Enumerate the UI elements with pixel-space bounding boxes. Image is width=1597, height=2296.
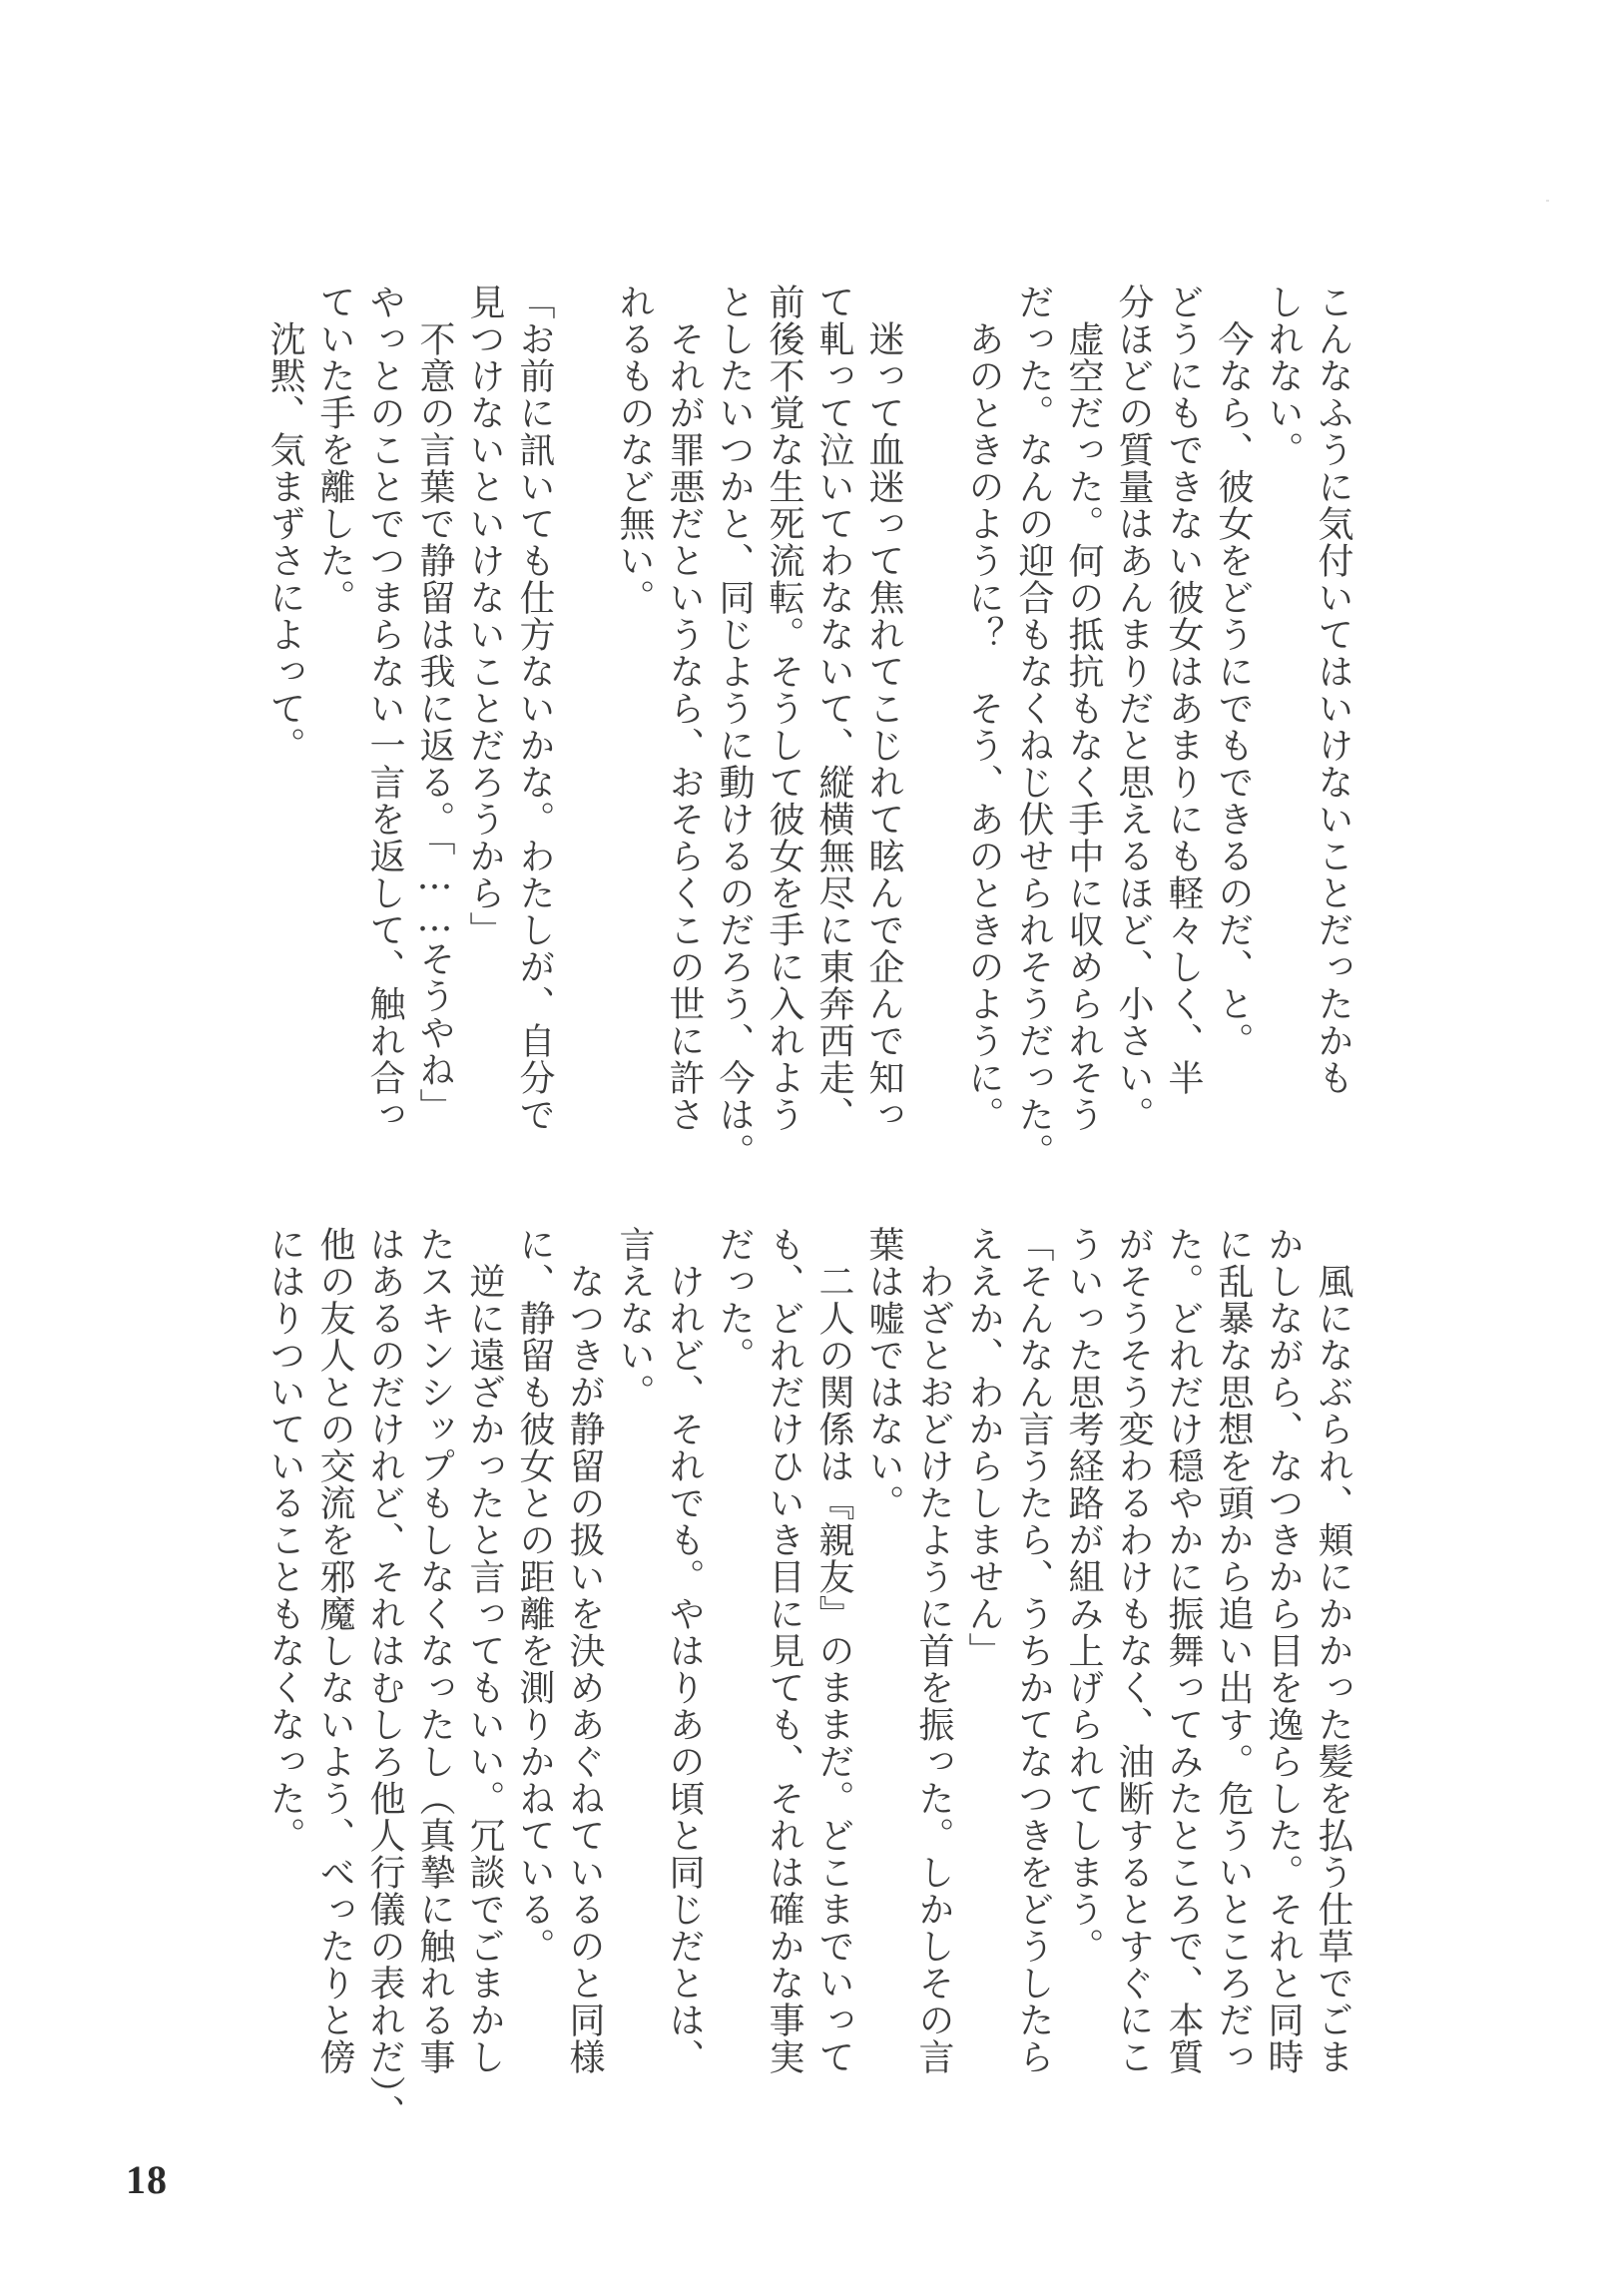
text-line: どうにもできない彼女はあまりにも軽々しく、半 bbox=[1158, 284, 1208, 1118]
text-line: 風になぶられ、頬にかかった髪を払う仕草でごま bbox=[1308, 1226, 1357, 2060]
text-line: けれど、それでも。やはりあの頃と同じだとは、 bbox=[659, 1226, 709, 2060]
text-block-top: こんなふうに気付いてはいけないことだったかも しれない。 今なら、彼女をどうにで… bbox=[260, 284, 1357, 1118]
scan-speck bbox=[1546, 200, 1549, 202]
text-line: わざとおどけたように首を振った。しかしその言 bbox=[908, 1226, 958, 2060]
text-line: 言えない。 bbox=[609, 1226, 659, 2060]
text-line: 今なら、彼女をどうにでもできるのだ、と。 bbox=[1208, 284, 1258, 1118]
text-line: かしながら、なつきから目を逸らした。それと同時 bbox=[1258, 1226, 1308, 2060]
text-line: も、どれだけひいき目に見ても、それは確かな事実 bbox=[759, 1226, 808, 2060]
text-line: なつきが静留の扱いを決めあぐねているのと同様 bbox=[559, 1226, 609, 2060]
text-line: に、静留も彼女との距離を測りかねている。 bbox=[509, 1226, 559, 2060]
text-line: ていた手を離した。 bbox=[309, 284, 359, 1118]
text-line: こんなふうに気付いてはいけないことだったかも bbox=[1308, 284, 1357, 1118]
text-line: はあるのだけれど、それはむしろ他人行儀の表れだ）、 bbox=[359, 1226, 409, 2060]
text-line: だった。 bbox=[709, 1226, 759, 2060]
text-line: ういった思考経路が組み上げられてしまう。 bbox=[1058, 1226, 1108, 2060]
text-line: としたいつかと、同じように動けるのだろう、今は。 bbox=[709, 284, 759, 1118]
text-block-bottom: 風になぶられ、頬にかかった髪を払う仕草でごま かしながら、なつきから目を逸らした… bbox=[260, 1226, 1357, 2060]
text-line: 迷って血迷って焦れてこじれて眩んで企んで知っ bbox=[858, 284, 908, 1118]
text-line: 二人の関係は『親友』のままだ。どこまでいって bbox=[808, 1226, 858, 2060]
text-line: 葉は嘘ではない。 bbox=[858, 1226, 908, 2060]
text-line: 他の友人との交流を邪魔しないよう、べったりと傍 bbox=[309, 1226, 359, 2060]
text-line: 「そんなん言うたら、うちかてなつきをどうしたら bbox=[1008, 1226, 1058, 2060]
text-line: たスキンシップもしなくなったし（真摯に触れる事 bbox=[409, 1226, 459, 2060]
text-line: 不意の言葉で静留は我に返る。「……そうやね」 bbox=[409, 284, 459, 1118]
text-line: 「お前に訊いても仕方ないかな。わたしが、自分で bbox=[509, 284, 559, 1118]
text-line: 虚空だった。何の抵抗もなく手中に収められそう bbox=[1058, 284, 1108, 1118]
text-line: 逆に遠ざかったと言ってもいい。冗談でごまかし bbox=[459, 1226, 509, 2060]
text-line: た。どれだけ穏やかに振舞ってみたところで、本質 bbox=[1158, 1226, 1208, 2060]
blank-line bbox=[908, 284, 958, 1118]
text-line: やっとのことでつまらない一言を返して、触れ合っ bbox=[359, 284, 409, 1118]
book-page: こんなふうに気付いてはいけないことだったかも しれない。 今なら、彼女をどうにで… bbox=[0, 0, 1597, 2296]
text-line: にはりついていることもなくなった。 bbox=[260, 1226, 309, 2060]
blank-line bbox=[559, 284, 609, 1118]
text-line: あのときのように？ そう、あのときのように。 bbox=[958, 284, 1008, 1118]
text-line: しれない。 bbox=[1258, 284, 1308, 1118]
text-line: に乱暴な思想を頭から追い出す。危ういところだっ bbox=[1208, 1226, 1258, 2060]
text-line: 見つけないといけないことだろうから」 bbox=[459, 284, 509, 1118]
text-line: 分ほどの質量はあんまりだと思えるほど、小さい。 bbox=[1108, 284, 1158, 1118]
text-line: それが罪悪だというなら、おそらくこの世に許さ bbox=[659, 284, 709, 1118]
text-line: れるものなど無い。 bbox=[609, 284, 659, 1118]
text-line: がそうそう変わるわけもなく、油断するとすぐにこ bbox=[1108, 1226, 1158, 2060]
text-line: ええか、わからしません」 bbox=[958, 1226, 1008, 2060]
text-line: 前後不覚な生死流転。そうして彼女を手に入れよう bbox=[759, 284, 808, 1118]
page-number: 18 bbox=[126, 2156, 168, 2203]
text-line: だった。なんの迎合もなくねじ伏せられそうだった。 bbox=[1008, 284, 1058, 1118]
text-line: 沈黙、気まずさによって。 bbox=[260, 284, 309, 1118]
text-line: て軋って泣いてわなないて、縦横無尽に東奔西走、 bbox=[808, 284, 858, 1118]
